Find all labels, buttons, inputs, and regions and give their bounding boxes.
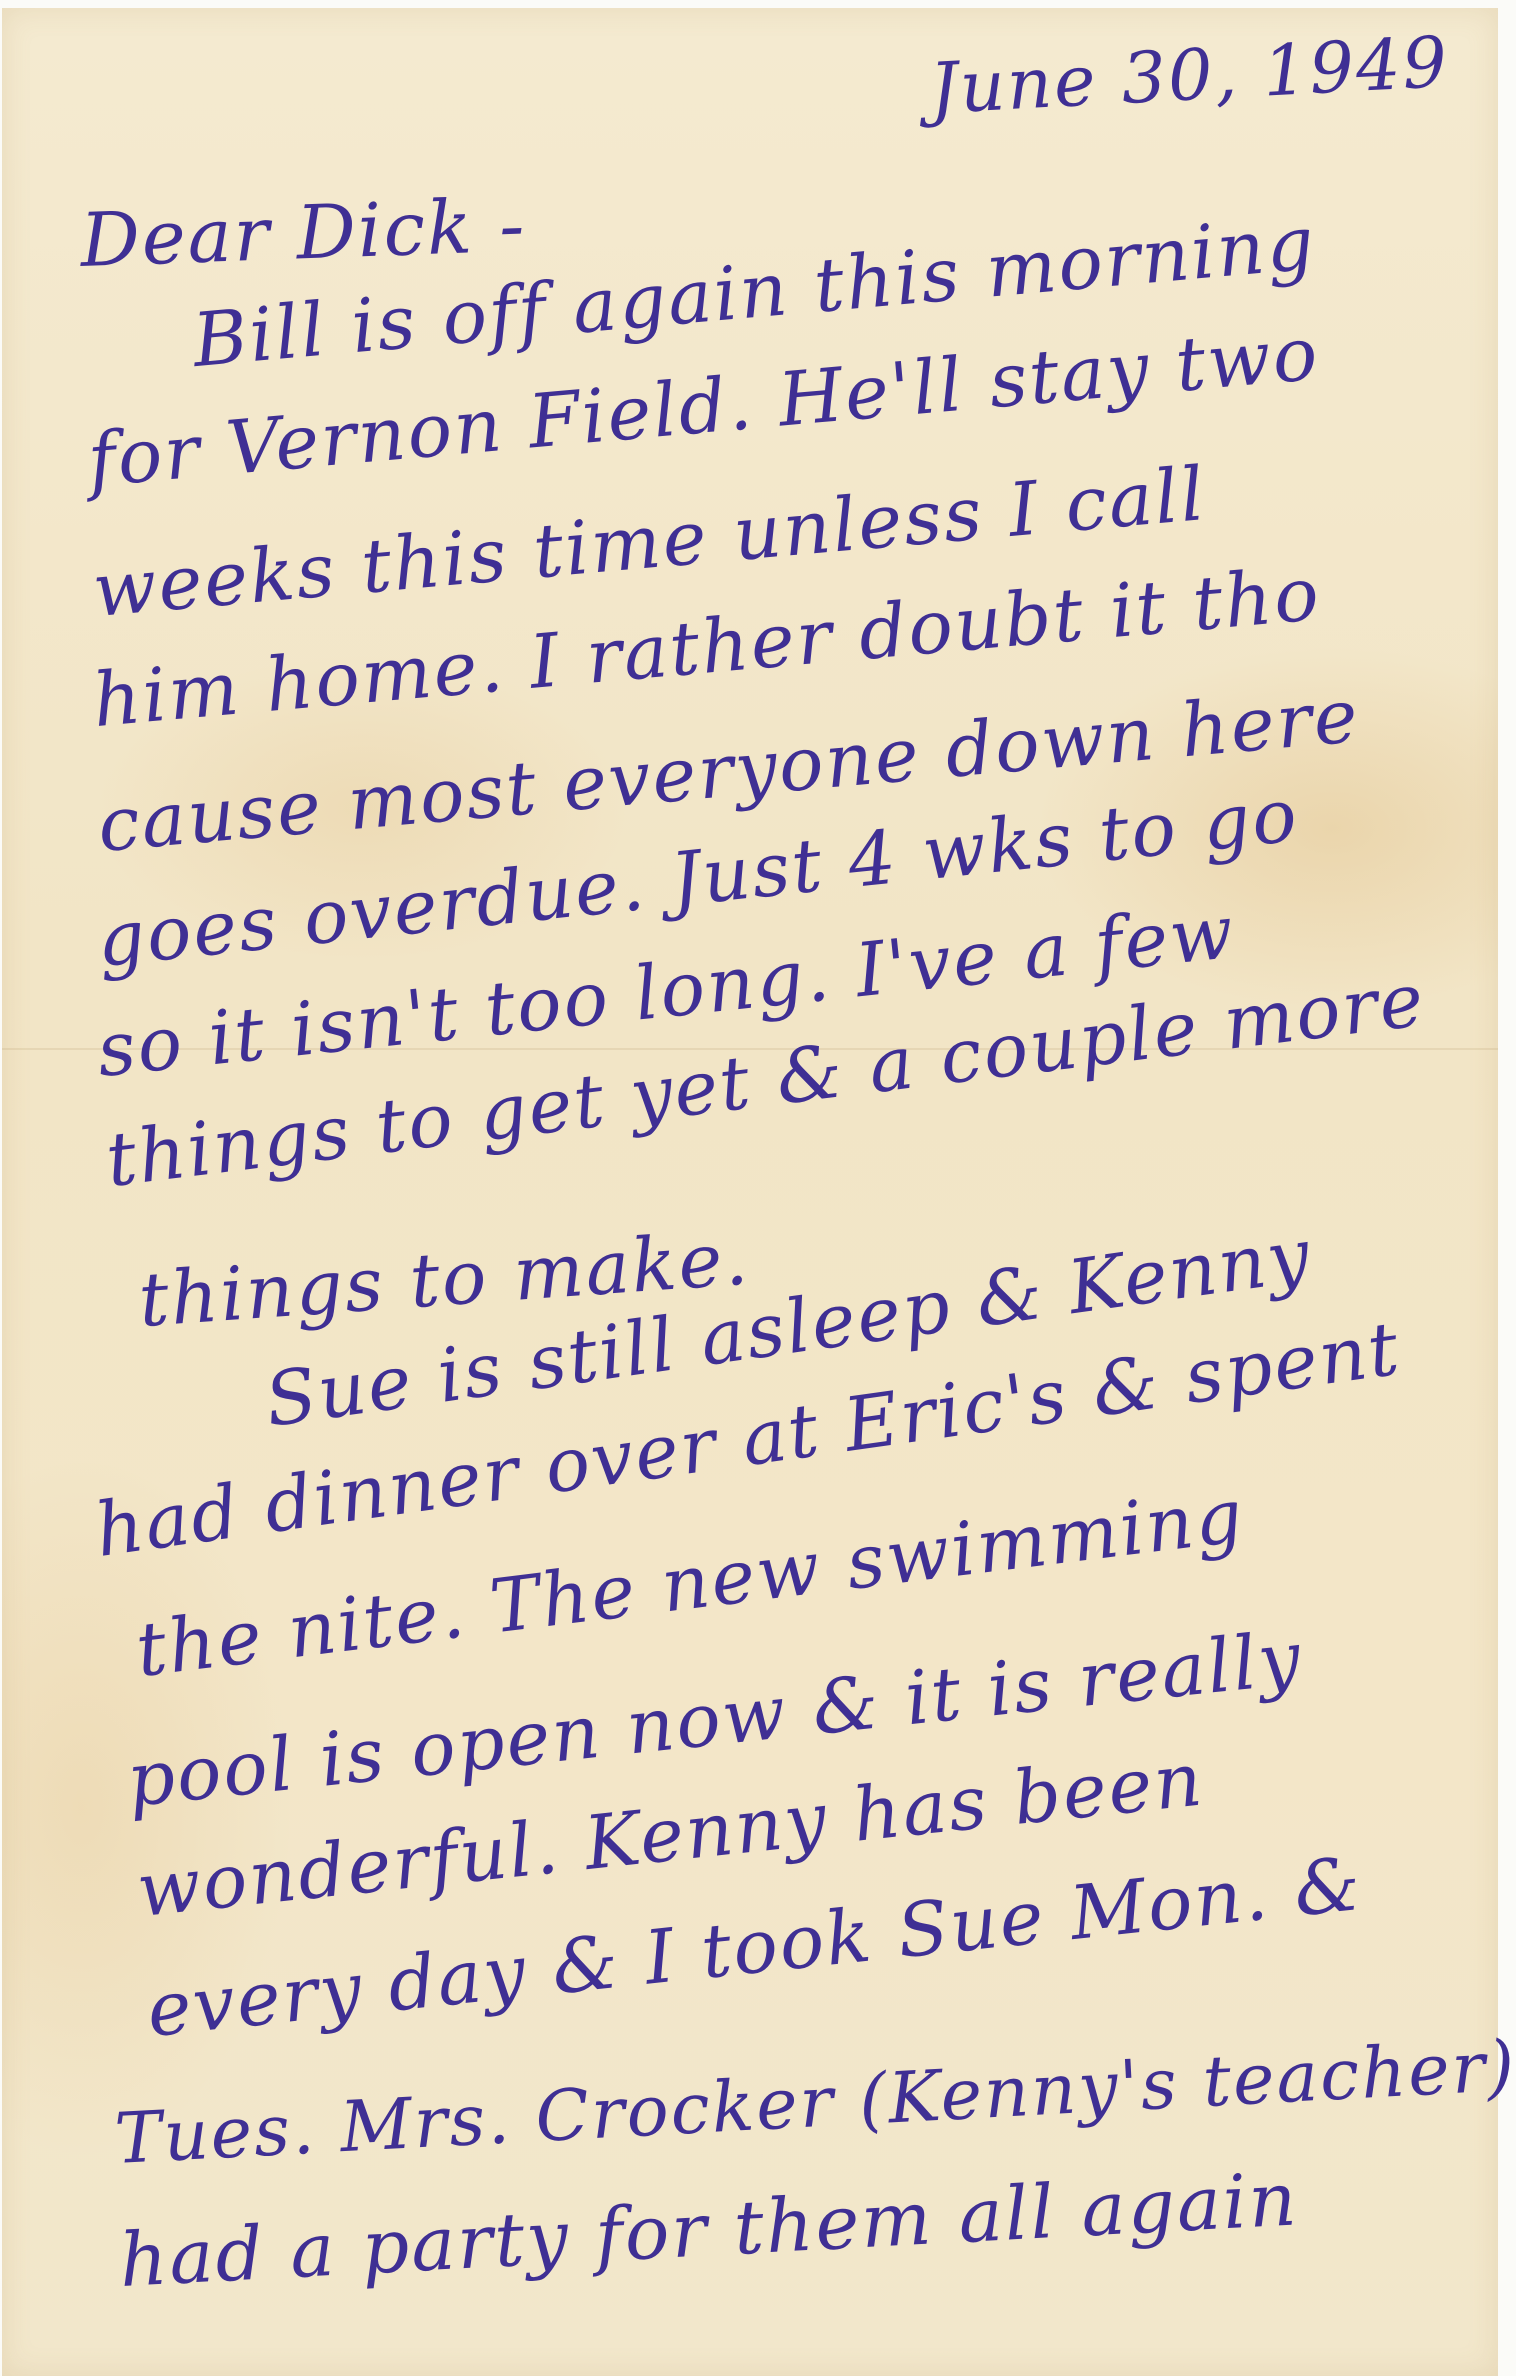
letter-date: June 30, 1949 (928, 21, 1451, 130)
letter-line: had a party for them all again (117, 2156, 1300, 2304)
letter-salutation: Dear Dick - (79, 182, 528, 284)
letter-line: Tues. Mrs. Crocker (Kenny's teacher) (113, 2025, 1516, 2180)
letter-paper: June 30, 1949 Dear Dick - Bill is off ag… (2, 8, 1498, 2376)
